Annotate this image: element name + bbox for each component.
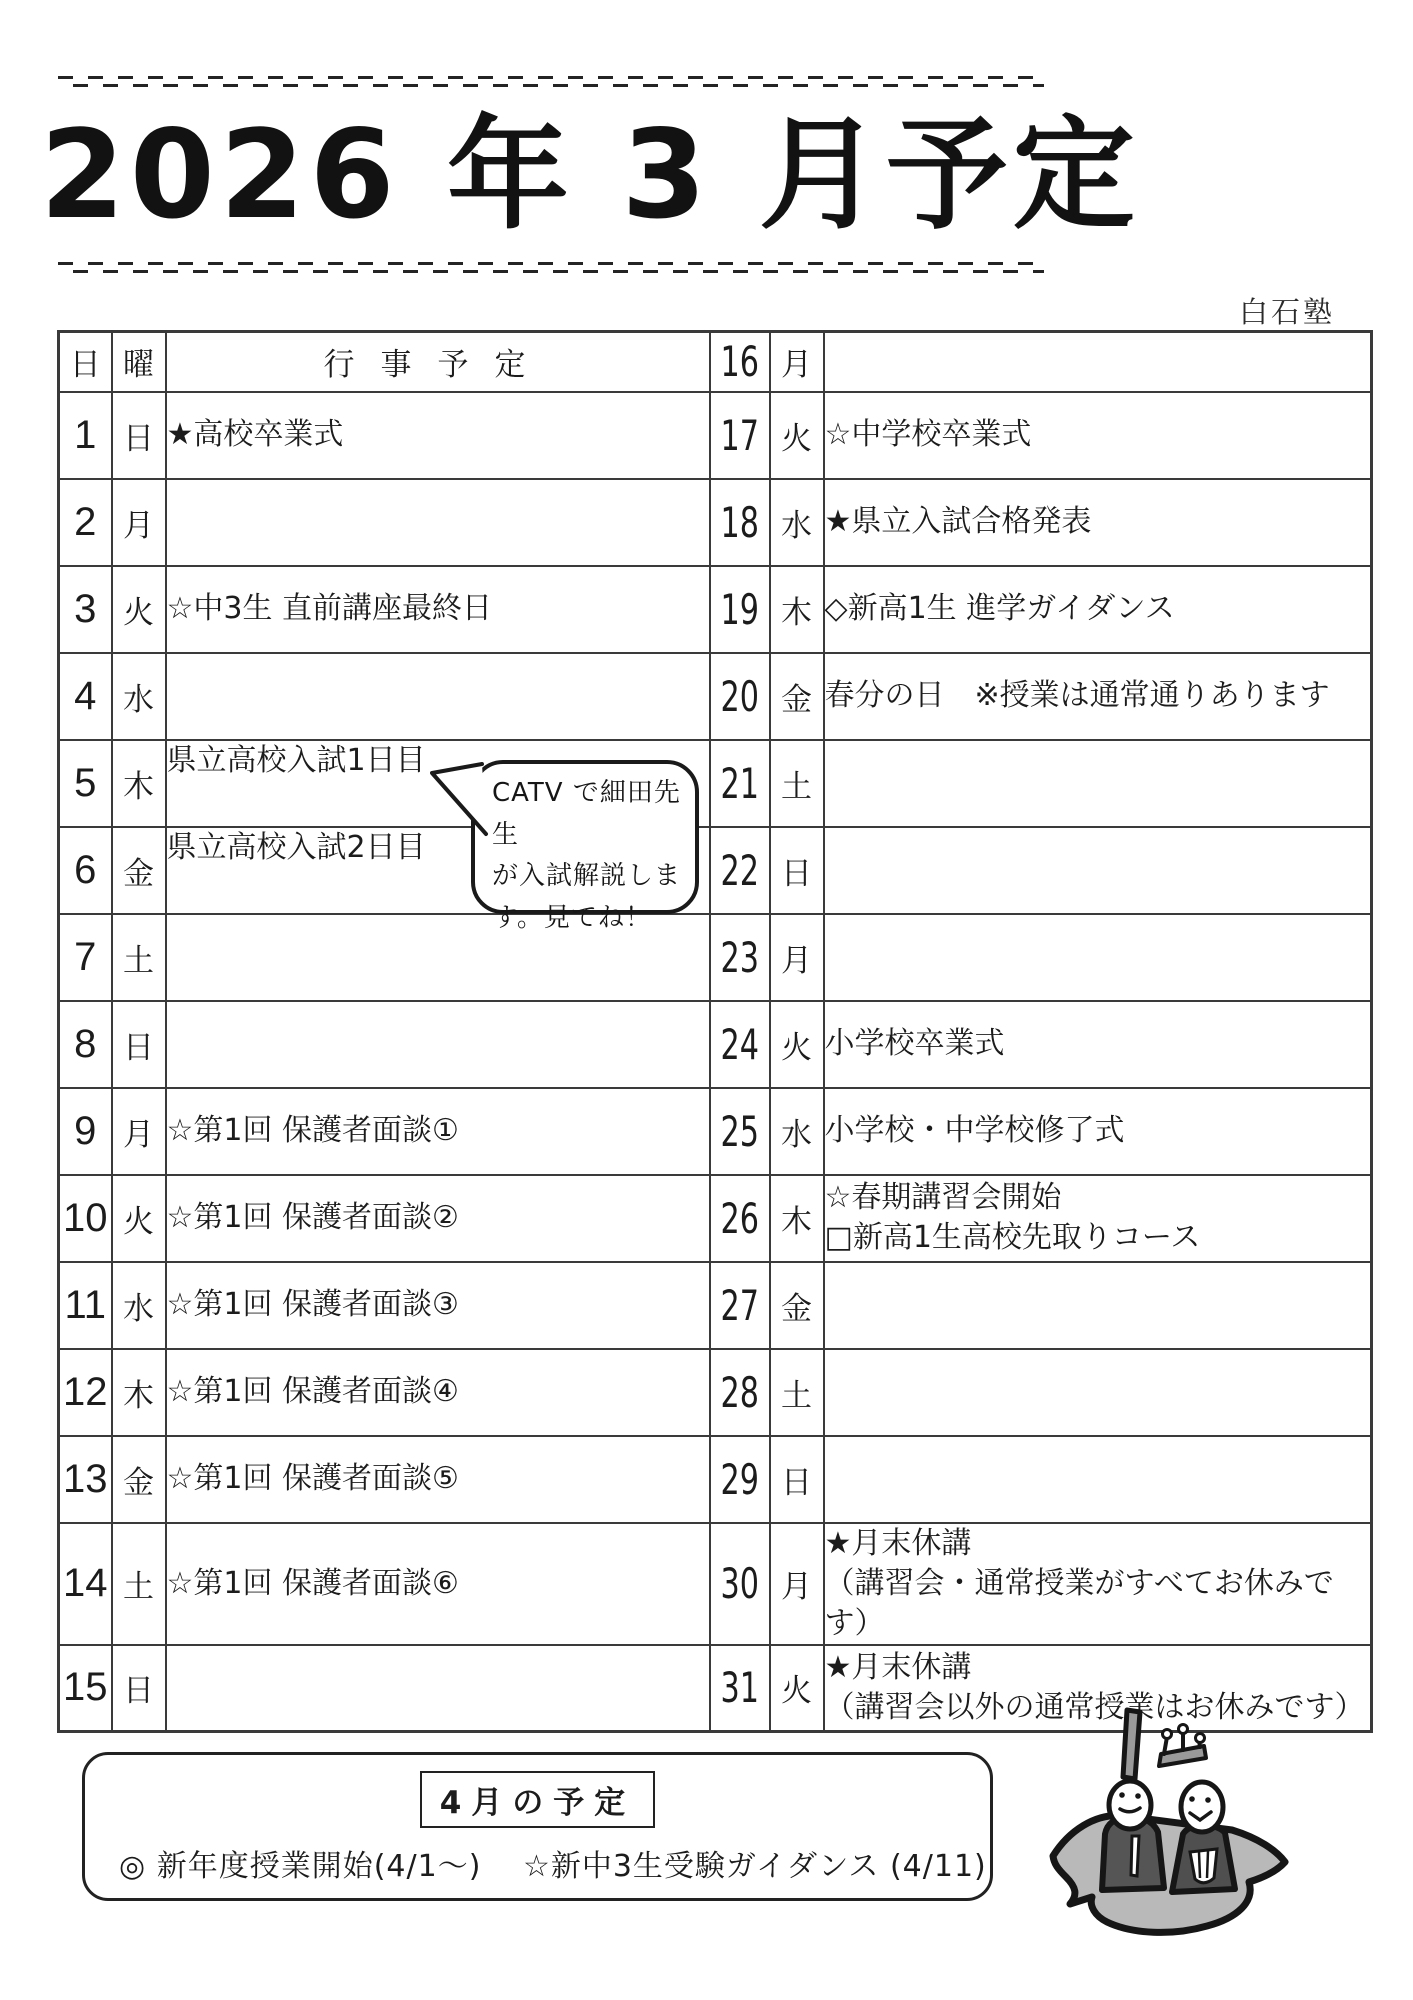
- event-cell: ☆春期講習会開始 □新高1生高校先取りコース: [824, 1175, 1372, 1262]
- schedule-row: 3火☆中3生 直前講座最終日19木◇新高1生 進学ガイダンス: [59, 566, 1372, 653]
- event-cell: [824, 332, 1372, 392]
- date-cell: 25: [710, 1088, 770, 1175]
- double-dashed-rule-top: [58, 76, 1044, 87]
- date-cell: 1: [59, 392, 112, 479]
- event-cell: [166, 653, 710, 740]
- event-cell: ☆第1回 保護者面談③: [166, 1262, 710, 1349]
- schedule-row: 14土☆第1回 保護者面談⑥30月★月末休講 （講習会・通常授業がすべてお休みで…: [59, 1523, 1372, 1645]
- schedule-row: 7土23月: [59, 914, 1372, 1001]
- schedule-row: 10火☆第1回 保護者面談②26木☆春期講習会開始 □新高1生高校先取りコース: [59, 1175, 1372, 1262]
- date-cell-value: 28: [720, 1368, 758, 1417]
- day-cell: 火: [770, 1001, 824, 1088]
- date-cell: 29: [710, 1436, 770, 1523]
- event-cell: ☆中3生 直前講座最終日: [166, 566, 710, 653]
- event-cell: ★高校卒業式: [166, 392, 710, 479]
- april-plan-title: 4月の予定: [420, 1771, 656, 1828]
- event-cell: 小学校・中学校修了式: [824, 1088, 1372, 1175]
- date-cell-value: 23: [720, 933, 758, 982]
- day-cell: 月: [112, 1088, 166, 1175]
- april-plan-line: ◎ 新年度授業開始(4/1～) ☆新中3生受験ガイダンス (4/11): [85, 1841, 990, 1885]
- day-cell: 日: [112, 392, 166, 479]
- day-cell: 金: [770, 653, 824, 740]
- date-cell: 27: [710, 1262, 770, 1349]
- schedule-sheet: 2026 年 3 月予定 白石塾 日曜行事予定16月1日★高校卒業式17火☆中学…: [0, 0, 1413, 2000]
- event-cell: [166, 1645, 710, 1732]
- day-cell: 日: [112, 1001, 166, 1088]
- schedule-row: 5木県立高校入試1日目21土: [59, 740, 1372, 827]
- schedule-row: 11水☆第1回 保護者面談③27金: [59, 1262, 1372, 1349]
- schedule-row: 9月☆第1回 保護者面談①25水小学校・中学校修了式: [59, 1088, 1372, 1175]
- day-cell: 火: [112, 566, 166, 653]
- date-cell: 12: [59, 1349, 112, 1436]
- day-cell: 金: [112, 1436, 166, 1523]
- date-cell: 4: [59, 653, 112, 740]
- date-cell-value: 25: [720, 1107, 758, 1156]
- event-cell: ☆中学校卒業式: [824, 392, 1372, 479]
- date-cell: 31: [710, 1645, 770, 1732]
- speech-bubble: CATV で細田先生 が入試解説しま す。見てね！: [420, 752, 710, 924]
- event-cell: [824, 1436, 1372, 1523]
- date-cell: 24: [710, 1001, 770, 1088]
- date-cell-value: 21: [720, 759, 758, 808]
- event-cell: ★県立入試合格発表: [824, 479, 1372, 566]
- date-cell-value: 16: [720, 337, 758, 386]
- date-cell: 30: [710, 1523, 770, 1645]
- event-cell: [166, 1001, 710, 1088]
- date-cell-value: 22: [720, 846, 758, 895]
- schedule-row: 6金県立高校入試2日目22日: [59, 827, 1372, 914]
- events-column-header: 行事予定: [166, 332, 710, 392]
- schedule-row: 4水20金春分の日 ※授業は通常通りあります: [59, 653, 1372, 740]
- day-cell: 木: [770, 1175, 824, 1262]
- day-cell: 水: [112, 1262, 166, 1349]
- day-cell: 火: [770, 1645, 824, 1732]
- date-cell: 14: [59, 1523, 112, 1645]
- date-cell-value: 26: [720, 1194, 758, 1243]
- date-cell: 11: [59, 1262, 112, 1349]
- date-cell-value: 27: [720, 1281, 758, 1330]
- day-cell: 土: [112, 1523, 166, 1645]
- date-cell: 26: [710, 1175, 770, 1262]
- day-cell: 日: [770, 827, 824, 914]
- date-cell: 23: [710, 914, 770, 1001]
- day-cell: 水: [112, 653, 166, 740]
- date-cell: 22: [710, 827, 770, 914]
- schedule-row: 2月18水★県立入試合格発表: [59, 479, 1372, 566]
- schedule-row: 13金☆第1回 保護者面談⑤29日: [59, 1436, 1372, 1523]
- double-dashed-rule-bottom: [58, 262, 1044, 273]
- april-plan-box: 4月の予定 ◎ 新年度授業開始(4/1～) ☆新中3生受験ガイダンス (4/11…: [82, 1752, 993, 1901]
- day-cell: 火: [770, 392, 824, 479]
- schedule-row: 12木☆第1回 保護者面談④28土: [59, 1349, 1372, 1436]
- day-cell: 火: [112, 1175, 166, 1262]
- date-cell: 16: [710, 332, 770, 392]
- schedule-row: 8日24火小学校卒業式: [59, 1001, 1372, 1088]
- day-cell: 木: [112, 1349, 166, 1436]
- day-cell: 日: [770, 1436, 824, 1523]
- day-cell: 土: [770, 1349, 824, 1436]
- event-cell: ★月末休講 （講習会・通常授業がすべてお休みです）: [824, 1523, 1372, 1645]
- schedule-table-body: 日曜行事予定16月1日★高校卒業式17火☆中学校卒業式2月18水★県立入試合格発…: [59, 332, 1372, 1732]
- date-cell-value: 19: [720, 585, 758, 634]
- day-cell: 月: [112, 479, 166, 566]
- day-cell: 水: [770, 1088, 824, 1175]
- event-cell: [824, 1262, 1372, 1349]
- date-cell: 21: [710, 740, 770, 827]
- date-cell: 17: [710, 392, 770, 479]
- event-cell: ☆第1回 保護者面談⑥: [166, 1523, 710, 1645]
- event-cell: [824, 827, 1372, 914]
- day-cell: 土: [112, 914, 166, 1001]
- day-cell: 月: [770, 914, 824, 1001]
- event-cell: [824, 740, 1372, 827]
- day-cell: 土: [770, 740, 824, 827]
- event-cell: ☆第1回 保護者面談②: [166, 1175, 710, 1262]
- date-cell: 5: [59, 740, 112, 827]
- day-cell: 月: [770, 332, 824, 392]
- date-cell-value: 24: [720, 1020, 758, 1069]
- date-cell: 6: [59, 827, 112, 914]
- schedule-table: 日曜行事予定16月1日★高校卒業式17火☆中学校卒業式2月18水★県立入試合格発…: [57, 330, 1373, 1733]
- date-cell-value: 29: [720, 1455, 758, 1504]
- date-cell-value: 20: [720, 672, 758, 721]
- date-cell-value: 30: [720, 1559, 758, 1608]
- date-cell-value: 18: [720, 498, 758, 547]
- date-cell: 10: [59, 1175, 112, 1262]
- event-cell: 小学校卒業式: [824, 1001, 1372, 1088]
- schedule-row: 1日★高校卒業式17火☆中学校卒業式: [59, 392, 1372, 479]
- day-cell: 水: [770, 479, 824, 566]
- event-cell: 春分の日 ※授業は通常通りあります: [824, 653, 1372, 740]
- day-cell: 日: [112, 1645, 166, 1732]
- day-cell: 月: [770, 1523, 824, 1645]
- day-column-header: 曜: [112, 332, 166, 392]
- event-cell: [166, 479, 710, 566]
- hina-dolls-illustration: [1040, 1700, 1290, 1940]
- schedule-header-row: 日曜行事予定16月: [59, 332, 1372, 392]
- day-cell: 金: [770, 1262, 824, 1349]
- date-cell: 19: [710, 566, 770, 653]
- date-cell-value: 31: [720, 1663, 758, 1712]
- date-cell: 9: [59, 1088, 112, 1175]
- event-cell: ◇新高1生 進学ガイダンス: [824, 566, 1372, 653]
- date-cell: 28: [710, 1349, 770, 1436]
- date-cell: 18: [710, 479, 770, 566]
- day-cell: 木: [112, 740, 166, 827]
- date-cell: 3: [59, 566, 112, 653]
- date-cell-value: 17: [720, 411, 758, 460]
- event-cell: ☆第1回 保護者面談①: [166, 1088, 710, 1175]
- date-cell: 8: [59, 1001, 112, 1088]
- event-cell: ☆第1回 保護者面談④: [166, 1349, 710, 1436]
- date-cell: 7: [59, 914, 112, 1001]
- date-column-header: 日: [59, 332, 112, 392]
- speech-bubble-text: CATV で細田先生 が入試解説しま す。見てね！: [492, 773, 692, 939]
- event-cell: [824, 914, 1372, 1001]
- date-cell: 15: [59, 1645, 112, 1732]
- day-cell: 木: [770, 566, 824, 653]
- date-cell: 13: [59, 1436, 112, 1523]
- date-cell: 20: [710, 653, 770, 740]
- event-cell: [824, 1349, 1372, 1436]
- day-cell: 金: [112, 827, 166, 914]
- page-title: 2026 年 3 月予定: [40, 94, 1060, 256]
- event-cell: ☆第1回 保護者面談⑤: [166, 1436, 710, 1523]
- date-cell: 2: [59, 479, 112, 566]
- organization-name: 白石塾: [1135, 290, 1335, 331]
